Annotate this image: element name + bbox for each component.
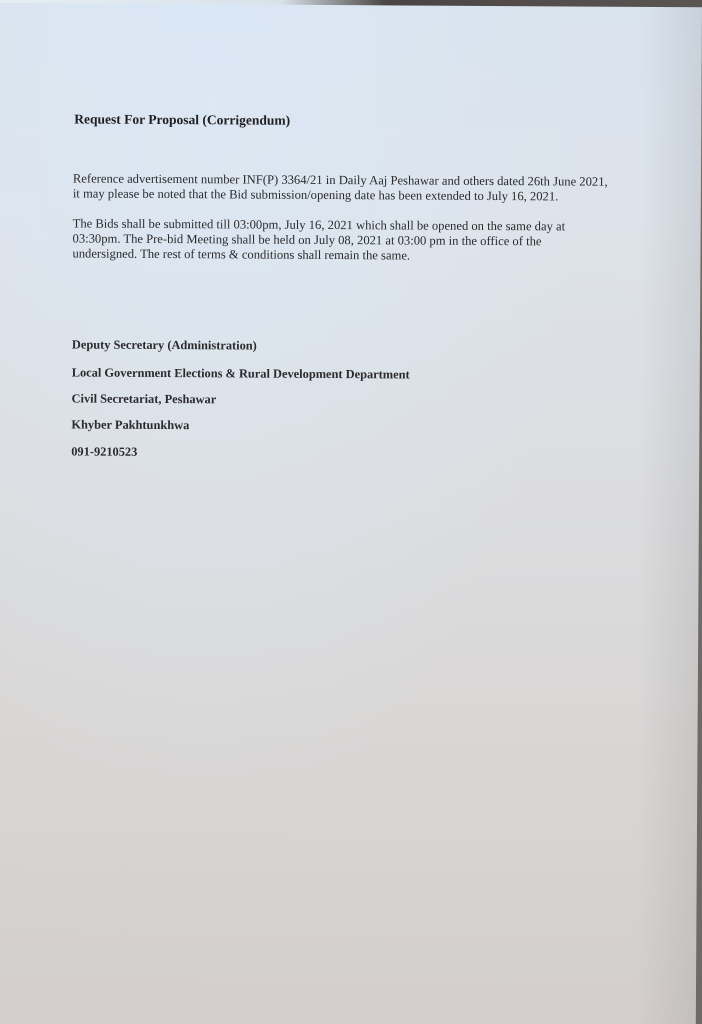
document-title: Request For Proposal (Corrigendum) — [74, 111, 290, 128]
signatory-designation: Deputy Secretary (Administration) — [72, 337, 257, 353]
signatory-department: Local Government Elections & Rural Devel… — [72, 365, 410, 382]
signatory-province: Khyber Pakhtunkhwa — [71, 417, 189, 433]
reference-paragraph: Reference advertisement number INF(P) 33… — [73, 171, 673, 205]
document-page: Request For Proposal (Corrigendum) Refer… — [0, 3, 702, 1024]
signatory-office: Civil Secretariat, Peshawar — [72, 391, 217, 407]
bid-schedule-paragraph: The Bids shall be submitted till 03:00pm… — [72, 216, 672, 265]
signatory-phone: 091-9210523 — [71, 444, 137, 459]
